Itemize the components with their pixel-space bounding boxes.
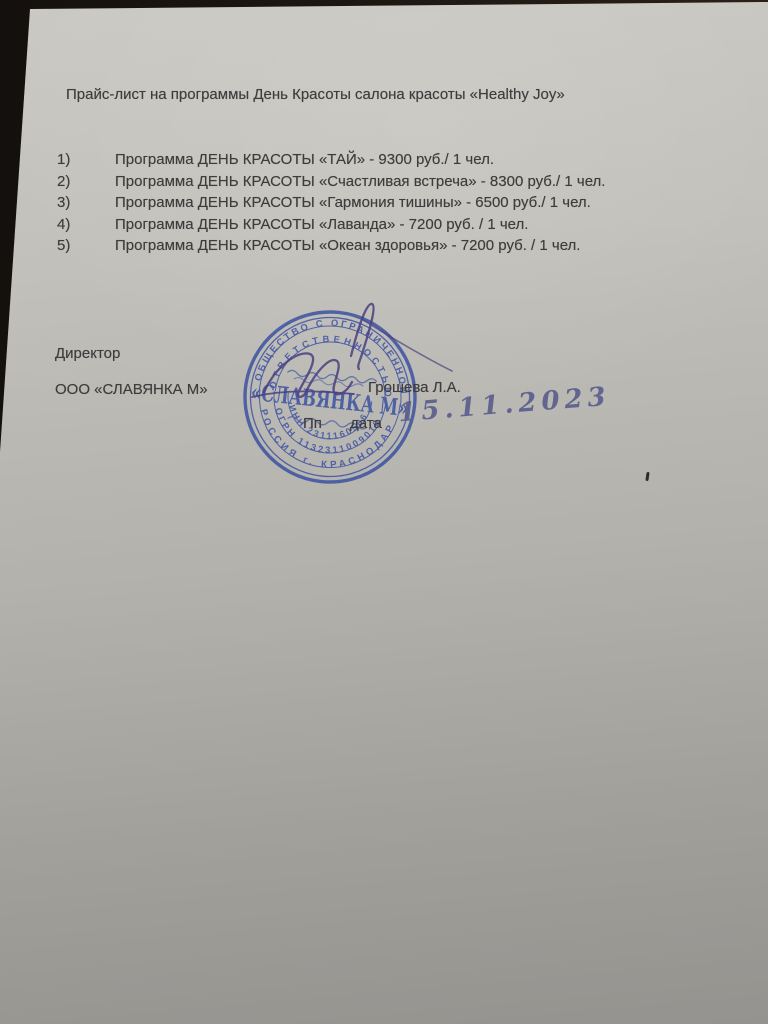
price-list-item: 2) Программа ДЕНЬ КРАСОТЫ «Счастливая вс… [0, 173, 768, 194]
item-text: Программа ДЕНЬ КРАСОТЫ «Океан здоровья» … [115, 237, 580, 254]
stamp-guilloche-top [287, 370, 377, 384]
document-title: Прайс-лист на программы День Красоты сал… [66, 86, 565, 103]
item-number: 2) [57, 173, 70, 190]
company-round-stamp: ОБЩЕСТВО С ОГРАНИЧЕННОЙ ОТВЕТСТВЕННОСТЬЮ… [230, 297, 430, 497]
price-list-item: 4) Программа ДЕНЬ КРАСОТЫ «Лаванда» - 72… [0, 216, 768, 237]
price-list-item: 5) Программа ДЕНЬ КРАСОТЫ «Океан здоровь… [0, 237, 768, 258]
item-number: 1) [57, 151, 70, 168]
item-text: Программа ДЕНЬ КРАСОТЫ «Гармония тишины»… [115, 194, 591, 211]
item-text: Программа ДЕНЬ КРАСОТЫ «ТАЙ» - 9300 руб.… [115, 151, 494, 168]
item-number: 4) [57, 216, 70, 233]
item-number: 5) [57, 237, 70, 254]
item-text: Программа ДЕНЬ КРАСОТЫ «Лаванда» - 7200 … [115, 216, 528, 233]
photo-scene: Прайс-лист на программы День Красоты сал… [0, 0, 768, 1024]
item-text: Программа ДЕНЬ КРАСОТЫ «Счастливая встре… [115, 173, 605, 190]
document-paper: Прайс-лист на программы День Красоты сал… [0, 0, 768, 1024]
director-label: Директор [55, 345, 120, 362]
pp-label: Пп [303, 415, 322, 432]
price-list-item: 3) Программа ДЕНЬ КРАСОТЫ «Гармония тиши… [0, 194, 768, 215]
item-number: 3) [57, 194, 70, 211]
price-list-item: 1) Программа ДЕНЬ КРАСОТЫ «ТАЙ» - 9300 р… [0, 151, 768, 172]
company-name: ООО «СЛАВЯНКА М» [55, 381, 208, 398]
ink-speck [645, 472, 649, 481]
date-label: дата [350, 415, 382, 432]
signer-name: Грошева Л.А. [368, 379, 461, 396]
